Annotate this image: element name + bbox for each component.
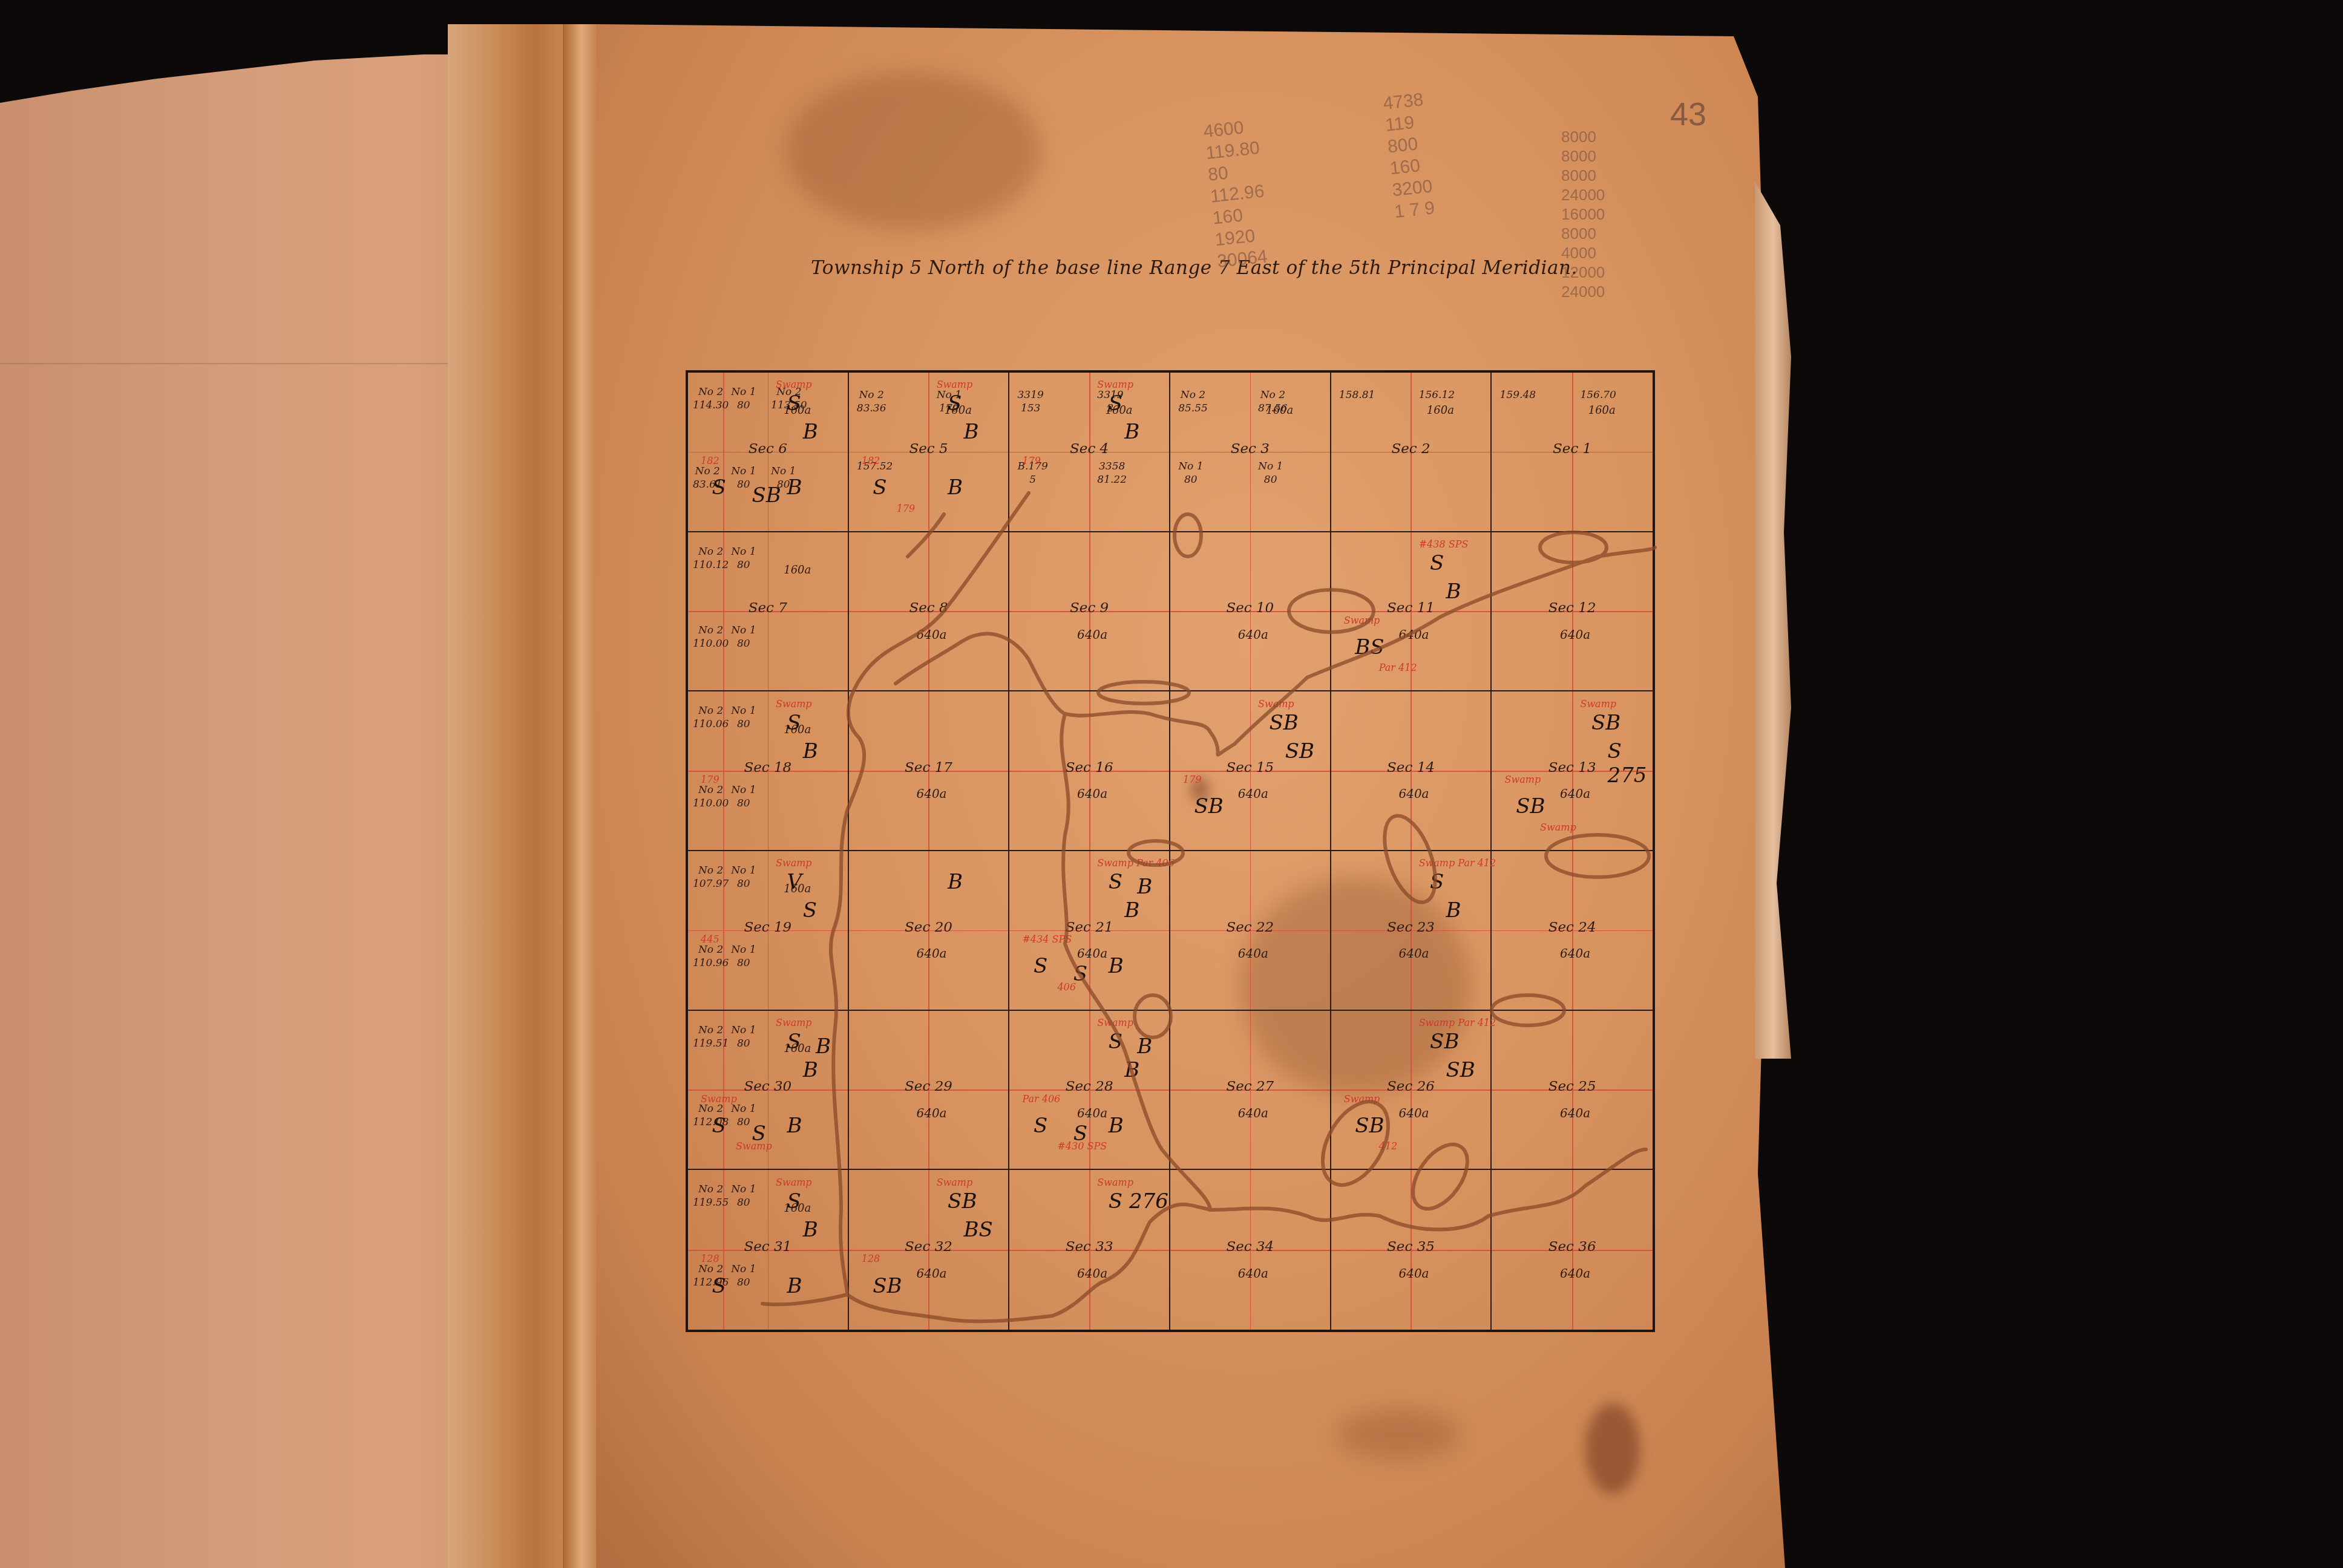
red-annotation: 406 xyxy=(1057,981,1076,993)
red-annotation: Swamp xyxy=(1097,1177,1133,1188)
section-cell: Sec 15640aSBSBSBSwamp179 xyxy=(1170,691,1331,851)
red-annotation: Swamp Par 412 xyxy=(1419,1017,1496,1028)
section-acreage: 640a xyxy=(1398,1266,1429,1281)
pencil-tally-3: 8000 8000 8000 24000 16000 8000 4000 120… xyxy=(1561,127,1605,301)
red-annotation: Swamp xyxy=(736,1140,772,1152)
section-acreage: 640a xyxy=(1077,1106,1107,1120)
claim-mark: S xyxy=(1034,954,1047,978)
section-cell: Sec 32640aSBBSSBSwamp128 xyxy=(849,1170,1010,1330)
claim-mark: B xyxy=(787,1274,802,1298)
red-annotation: Par 412 xyxy=(1379,662,1417,673)
red-annotation: Swamp xyxy=(776,1177,812,1188)
section-cell: Sec 10640a xyxy=(1170,532,1331,692)
section-label: Sec 13 xyxy=(1548,760,1596,776)
section-label: Sec 35 xyxy=(1387,1239,1435,1255)
claim-mark: B xyxy=(1124,420,1139,444)
section-acreage: 640a xyxy=(1077,946,1107,961)
red-annotation: 179 xyxy=(701,774,719,785)
red-annotation: Swamp xyxy=(776,379,812,390)
lot-value: No 2 87.56 xyxy=(1258,388,1288,415)
section-acreage: 640a xyxy=(1398,946,1429,961)
claim-mark: S xyxy=(712,475,726,500)
lot-value: No 1 80 xyxy=(1258,460,1283,486)
section-label: Sec 28 xyxy=(1066,1079,1113,1094)
section-acreage: 640a xyxy=(916,627,946,642)
section-cell: Sec 21640aSBSBSBSwamp Par 406#434 SPS406 xyxy=(1009,851,1170,1011)
lot-value: No 1 80 xyxy=(731,624,756,650)
claim-mark: S xyxy=(1034,1114,1047,1138)
lot-value: No 1 80 xyxy=(731,704,756,731)
red-annotation: Swamp xyxy=(937,1177,973,1188)
section-cell: Sec 8640a xyxy=(849,532,1010,692)
red-annotation: Swamp xyxy=(1097,1017,1133,1028)
section-cell: Sec 28640aSBSBSBSwampPar 406#430 SPS xyxy=(1009,1011,1170,1171)
claim-mark: BS xyxy=(963,1218,992,1242)
red-annotation: 128 xyxy=(862,1253,880,1264)
red-annotation: Swamp xyxy=(701,1093,737,1105)
claim-mark: B xyxy=(816,1034,831,1059)
claim-mark: S xyxy=(712,1274,726,1298)
lot-value: No 2 110.96 xyxy=(693,943,729,970)
lot-value: No 2 107.97 xyxy=(693,864,729,890)
lot-value: 156.70 xyxy=(1580,388,1616,402)
claim-mark: S xyxy=(1430,551,1444,575)
red-annotation: Swamp xyxy=(1505,774,1541,785)
section-label: Sec 19 xyxy=(744,920,791,935)
lot-value: No 1 80 xyxy=(731,1024,756,1050)
section-cell: Sec 19160aNo 2 107.97No 1 80No 2 110.96N… xyxy=(688,851,849,1011)
claim-mark: SB xyxy=(1516,794,1545,818)
section-acreage: 640a xyxy=(1398,1106,1429,1120)
claim-mark: SB xyxy=(873,1274,902,1298)
claim-mark: B xyxy=(1109,1114,1124,1138)
section-label: Sec 21 xyxy=(1066,920,1113,935)
claim-mark: B xyxy=(1137,875,1152,899)
claim-mark: B xyxy=(787,475,802,500)
section-cell: Sec 24640a xyxy=(1492,851,1653,1011)
claim-mark: B xyxy=(803,1058,818,1082)
section-cell: Sec 4160a3319 1533319 2B.179 53358 81.22… xyxy=(1009,373,1170,532)
lot-value: No 2 114.30 xyxy=(693,385,729,412)
section-cell: Sec 17640a xyxy=(849,691,1010,851)
section-label: Sec 24 xyxy=(1548,920,1596,935)
claim-mark: S xyxy=(1109,391,1122,416)
section-acreage: 640a xyxy=(1560,1106,1590,1120)
section-label: Sec 26 xyxy=(1387,1079,1435,1094)
claim-mark: BS xyxy=(1355,635,1384,659)
lot-value: No 1 80 xyxy=(731,864,756,890)
section-label: Sec 1 xyxy=(1553,441,1591,457)
section-cell: Sec 33640aS 276Swamp xyxy=(1009,1170,1170,1330)
section-cell: Sec 30160aNo 2 119.51No 1 80No 2 112.08N… xyxy=(688,1011,849,1171)
claim-mark: B xyxy=(1124,898,1139,923)
red-annotation: 412 xyxy=(1379,1140,1398,1152)
lot-value: No 2 119.51 xyxy=(693,1024,729,1050)
lot-value: No 2 119.55 xyxy=(693,1183,729,1209)
section-acreage: 640a xyxy=(1238,946,1268,961)
section-label: Sec 31 xyxy=(744,1239,791,1255)
section-cell: Sec 23640aSBSwamp Par 412 xyxy=(1331,851,1492,1011)
section-cell: Sec 2160a158.81156.12 xyxy=(1331,373,1492,532)
section-label: Sec 25 xyxy=(1548,1079,1596,1094)
claim-mark: B xyxy=(948,870,963,894)
section-acreage: 640a xyxy=(1077,627,1107,642)
claim-mark: SB xyxy=(1194,794,1224,818)
section-acreage: 640a xyxy=(1238,1266,1268,1281)
red-annotation: Swamp xyxy=(1580,698,1616,710)
section-cell: Sec 27640a xyxy=(1170,1011,1331,1171)
red-annotation: Swamp xyxy=(1344,615,1380,626)
lot-value: No 2 110.00 xyxy=(693,783,729,810)
claim-mark: S xyxy=(787,1189,801,1214)
red-annotation: 128 xyxy=(701,1253,719,1264)
section-label: Sec 2 xyxy=(1391,441,1430,457)
red-annotation: #434 SPS xyxy=(1022,933,1072,945)
section-acreage: 640a xyxy=(1398,627,1429,642)
lot-value: No 2 110.12 xyxy=(693,545,729,572)
lot-value: No 1 80 xyxy=(731,385,756,412)
section-cell: Sec 18160aNo 2 110.06No 1 80No 2 110.00N… xyxy=(688,691,849,851)
red-annotation: Swamp xyxy=(1097,379,1133,390)
red-annotation: #438 SPS xyxy=(1419,538,1469,550)
section-acreage: 640a xyxy=(1238,1106,1268,1120)
section-label: Sec 20 xyxy=(905,920,952,935)
red-annotation: Swamp Par 412 xyxy=(1419,857,1496,869)
section-cell: Sec 7160aNo 2 110.12No 1 80No 2 110.00No… xyxy=(688,532,849,692)
claim-mark: S xyxy=(712,1114,726,1138)
section-label: Sec 16 xyxy=(1066,760,1113,776)
claim-mark: B xyxy=(803,739,818,763)
section-cell: Sec 20640aB xyxy=(849,851,1010,1011)
section-acreage: 640a xyxy=(916,946,946,961)
section-cell: Sec 16640a xyxy=(1009,691,1170,851)
red-annotation: Swamp xyxy=(776,1017,812,1028)
section-cell: Sec 5160aNo 2 83.36No 1 179157.52SBSBSwa… xyxy=(849,373,1010,532)
claim-mark: SB xyxy=(1446,1058,1475,1082)
section-cell: Sec 14640a xyxy=(1331,691,1492,851)
claim-mark: B xyxy=(1446,580,1461,604)
section-acreage: 640a xyxy=(1238,627,1268,642)
section-label: Sec 18 xyxy=(744,760,791,776)
claim-mark: B xyxy=(803,420,818,444)
red-annotation: 179 xyxy=(897,503,916,514)
section-label: Sec 8 xyxy=(909,600,948,616)
section-cell: Sec 11640aSBBS#438 SPSSwampPar 412 xyxy=(1331,532,1492,692)
section-label: Sec 33 xyxy=(1066,1239,1113,1255)
claim-mark: S xyxy=(787,711,801,735)
red-annotation: Par 406 xyxy=(1022,1093,1060,1105)
claim-mark: SB xyxy=(752,483,781,508)
section-label: Sec 4 xyxy=(1070,441,1109,457)
section-label: Sec 22 xyxy=(1226,920,1274,935)
section-cell: Sec 25640a xyxy=(1492,1011,1653,1171)
red-annotation: Swamp xyxy=(1540,822,1576,833)
claim-mark: S xyxy=(873,475,886,500)
section-acreage: 640a xyxy=(1077,786,1107,801)
section-label: Sec 7 xyxy=(749,600,787,616)
red-annotation: 179 xyxy=(1183,774,1202,785)
claim-mark: S xyxy=(948,391,962,416)
claim-mark: SB xyxy=(1355,1114,1384,1138)
section-acreage: 640a xyxy=(1560,946,1590,961)
claim-mark: B xyxy=(787,1114,802,1138)
section-cell: Sec 35640a xyxy=(1331,1170,1492,1330)
red-annotation: Swamp xyxy=(1258,698,1294,710)
section-cell: Sec 22640a xyxy=(1170,851,1331,1011)
red-annotation: #430 SPS xyxy=(1057,1140,1107,1152)
section-cell: Sec 3160aNo 2 85.55No 2 87.56No 1 80No 1… xyxy=(1170,373,1331,532)
claim-mark: SB xyxy=(1430,1030,1459,1054)
section-label: Sec 9 xyxy=(1070,600,1109,616)
section-label: Sec 6 xyxy=(749,441,787,457)
binding-fold xyxy=(563,24,599,1568)
section-label: Sec 14 xyxy=(1387,760,1435,776)
red-annotation: 445 xyxy=(701,933,719,945)
red-annotation: 182 xyxy=(862,455,880,466)
section-acreage: 640a xyxy=(916,1266,946,1281)
section-cell: Sec 9640a xyxy=(1009,532,1170,692)
claim-mark: S xyxy=(1430,870,1444,894)
water-stain xyxy=(1337,1410,1458,1458)
lot-value: No 1 80 xyxy=(731,1183,756,1209)
section-cell: Sec 34640a xyxy=(1170,1170,1331,1330)
section-acreage: 640a xyxy=(1077,1266,1107,1281)
section-cell: Sec 13640aSBS 275SBSwampSwampSwamp xyxy=(1492,691,1653,851)
lot-value: No 2 110.06 xyxy=(693,704,729,731)
claim-mark: S 276 xyxy=(1109,1189,1168,1214)
township-map: Sec 6160aNo 2 114.30No 1 80No 2 83.61No … xyxy=(686,370,1655,1332)
section-cell: Sec 1160a159.48156.70 xyxy=(1492,373,1653,532)
section-acreage: 640a xyxy=(916,1106,946,1120)
section-acreage: 640a xyxy=(1238,786,1268,801)
section-label: Sec 17 xyxy=(905,760,952,776)
lot-value: No 1 80 xyxy=(731,1263,756,1289)
section-cell: Sec 6160aNo 2 114.30No 1 80No 2 83.61No … xyxy=(688,373,849,532)
claim-mark: S xyxy=(1109,870,1122,894)
section-acreage: 640a xyxy=(916,786,946,801)
map-title: Township 5 North of the base line Range … xyxy=(811,257,1578,279)
lot-value: 156.12 xyxy=(1419,388,1455,402)
section-label: Sec 12 xyxy=(1548,600,1596,616)
red-annotation: 179 xyxy=(1022,455,1041,466)
lot-value: 3319 153 xyxy=(1018,388,1044,415)
red-annotation: Swamp xyxy=(937,379,973,390)
section-cell: Sec 31160aNo 2 119.55No 1 80No 2 112.96N… xyxy=(688,1170,849,1330)
section-label: Sec 29 xyxy=(905,1079,952,1094)
red-annotation: Swamp xyxy=(1344,1093,1380,1105)
lot-value: No 2 85.55 xyxy=(1178,388,1208,415)
section-label: Sec 36 xyxy=(1548,1239,1596,1255)
claim-mark: S xyxy=(1109,1030,1122,1054)
section-label: Sec 5 xyxy=(909,441,948,457)
lot-value: No 2 110.00 xyxy=(693,624,729,650)
lot-value: No 2 83.36 xyxy=(857,388,886,415)
claim-mark: B xyxy=(1446,898,1461,923)
lot-value: 158.81 xyxy=(1339,388,1375,402)
section-label: Sec 32 xyxy=(905,1239,952,1255)
section-acreage: 640a xyxy=(1560,786,1590,801)
section-label: Sec 27 xyxy=(1226,1079,1274,1094)
red-annotation: 182 xyxy=(701,455,719,466)
section-label: Sec 11 xyxy=(1387,600,1435,616)
red-annotation: Swamp Par 406 xyxy=(1097,857,1175,869)
section-cell: Sec 26640aSBSBSBSwamp Par 412Swamp412 xyxy=(1331,1011,1492,1171)
lot-value: 3358 81.22 xyxy=(1097,460,1127,486)
water-stain xyxy=(787,73,1041,230)
section-cell: Sec 29640a xyxy=(849,1011,1010,1171)
claim-mark: SB xyxy=(1591,711,1620,735)
lot-value: No 1 80 xyxy=(731,783,756,810)
page-number: 43 xyxy=(1670,96,1706,133)
section-acreage: 160a xyxy=(1427,404,1454,417)
claim-mark: B xyxy=(1109,954,1124,978)
section-acreage: 640a xyxy=(1560,627,1590,642)
claim-mark: S xyxy=(787,1030,801,1054)
section-cell: Sec 36640a xyxy=(1492,1170,1653,1330)
claim-mark: V xyxy=(787,870,802,894)
claim-mark: B xyxy=(1124,1058,1139,1082)
claim-mark: B xyxy=(963,420,978,444)
section-acreage: 160a xyxy=(1588,404,1616,417)
lot-value: No 1 80 xyxy=(731,943,756,970)
section-cell: Sec 12640a xyxy=(1492,532,1653,692)
claim-mark: S 275 xyxy=(1608,739,1653,788)
claim-mark: B xyxy=(948,475,963,500)
claim-mark: SB xyxy=(1285,739,1314,763)
section-acreage: 640a xyxy=(1560,1266,1590,1281)
lot-value: 159.48 xyxy=(1500,388,1536,402)
claim-mark: B xyxy=(803,1218,818,1242)
section-label: Sec 30 xyxy=(744,1079,791,1094)
claim-mark: S xyxy=(803,898,817,923)
section-acreage: 160a xyxy=(784,564,811,577)
section-label: Sec 23 xyxy=(1387,920,1435,935)
claim-mark: B xyxy=(1137,1034,1152,1059)
claim-mark: SB xyxy=(1269,711,1298,735)
red-annotation: Swamp xyxy=(776,857,812,869)
lot-value: No 1 80 xyxy=(731,545,756,572)
section-label: Sec 34 xyxy=(1226,1239,1274,1255)
claim-mark: S xyxy=(787,391,801,416)
red-annotation: Swamp xyxy=(776,698,812,710)
section-label: Sec 15 xyxy=(1226,760,1274,776)
claim-mark: SB xyxy=(948,1189,977,1214)
section-label: Sec 3 xyxy=(1231,441,1270,457)
section-label: Sec 10 xyxy=(1226,600,1274,616)
section-acreage: 640a xyxy=(1398,786,1429,801)
lot-value: No 1 80 xyxy=(1178,460,1203,486)
ink-blot xyxy=(1585,1403,1640,1494)
